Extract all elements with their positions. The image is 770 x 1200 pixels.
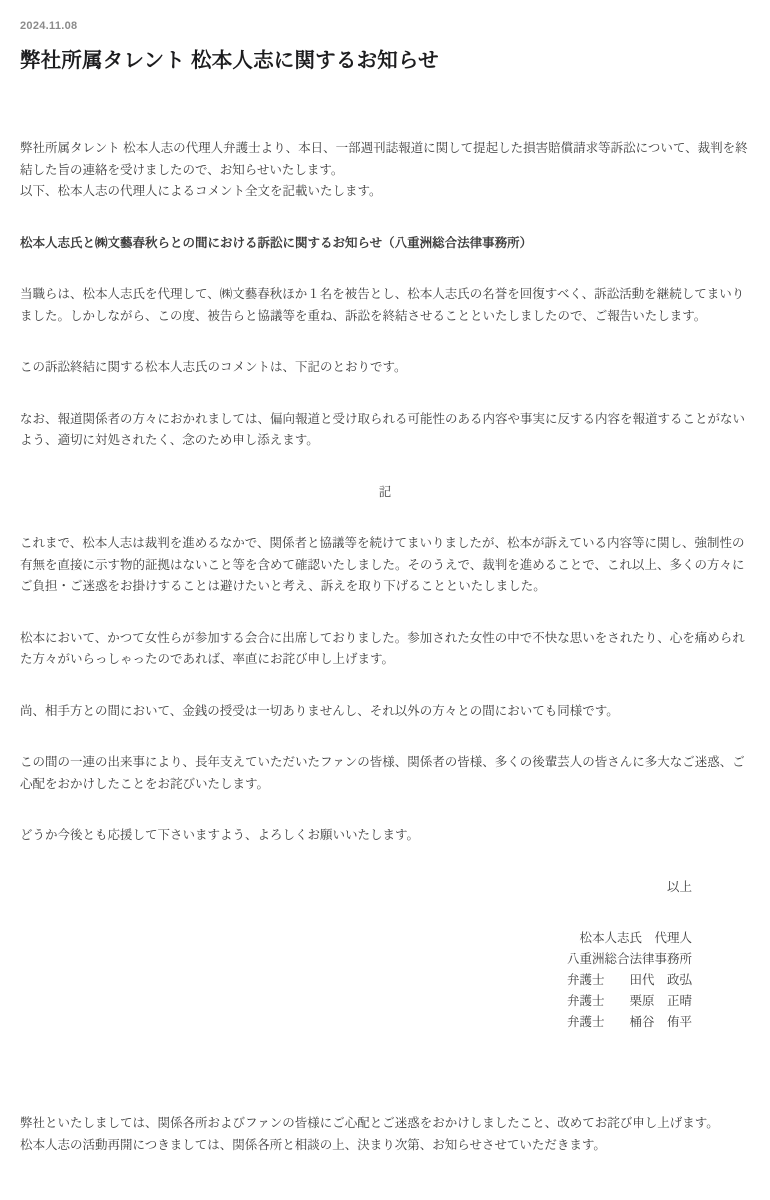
lawfirm-notice-heading: 松本人志氏と㈱文藝春秋らとの間における訴訟に関するお知らせ（八重洲総合法律事務所… — [20, 233, 750, 255]
lawsuit-termination-paragraph: 当職らは、松本人志氏を代理して、㈱文藝春秋ほか１名を被告とし、松本人志氏の名誉を… — [20, 284, 750, 327]
page-title: 弊社所属タレント 松本人志に関するお知らせ — [20, 46, 750, 76]
intro-paragraph: 弊社所属タレント 松本人志の代理人弁護士より、本日、一部週刊誌報道に関して提起し… — [20, 138, 750, 203]
announcement-page: 2024.11.08 弊社所属タレント 松本人志に関するお知らせ 弊社所属タレン… — [0, 0, 770, 1186]
comment-intro-line: この訴訟終結に関する松本人志氏のコメントは、下記のとおりです。 — [20, 357, 750, 379]
signature-block: 松本人志氏 代理人 八重洲総合法律事務所 弁護士 田代 政弘 弁護士 栗原 正晴… — [20, 928, 750, 1033]
media-request-paragraph: なお、報道関係者の方々におかれましては、偏向報道と受け取られる可能性のある内容や… — [20, 409, 750, 452]
comment-paragraph-1: これまで、松本人志は裁判を進めるなかで、関係者と協議等を続けてまいりましたが、松… — [20, 533, 750, 598]
comment-paragraph-4: この間の一連の出来事により、長年支えていただいたファンの皆様、関係者の皆様、多く… — [20, 752, 750, 795]
comment-paragraph-3: 尚、相手方との間において、金銭の授受は一切ありませんし、それ以外の方々との間にお… — [20, 701, 750, 723]
closing-marker: 以上 — [20, 877, 750, 899]
company-closing-paragraph: 弊社といたしましては、関係各所およびファンの皆様にご心配とご迷惑をおかけしました… — [20, 1113, 750, 1156]
comment-paragraph-2: 松本において、かつて女性らが参加する会合に出席しておりました。参加された女性の中… — [20, 628, 750, 671]
comment-paragraph-5: どうか今後とも応援して下さいますよう、よろしくお願いいたします。 — [20, 825, 750, 847]
publish-date: 2024.11.08 — [20, 18, 750, 34]
ki-marker: 記 — [20, 482, 750, 504]
